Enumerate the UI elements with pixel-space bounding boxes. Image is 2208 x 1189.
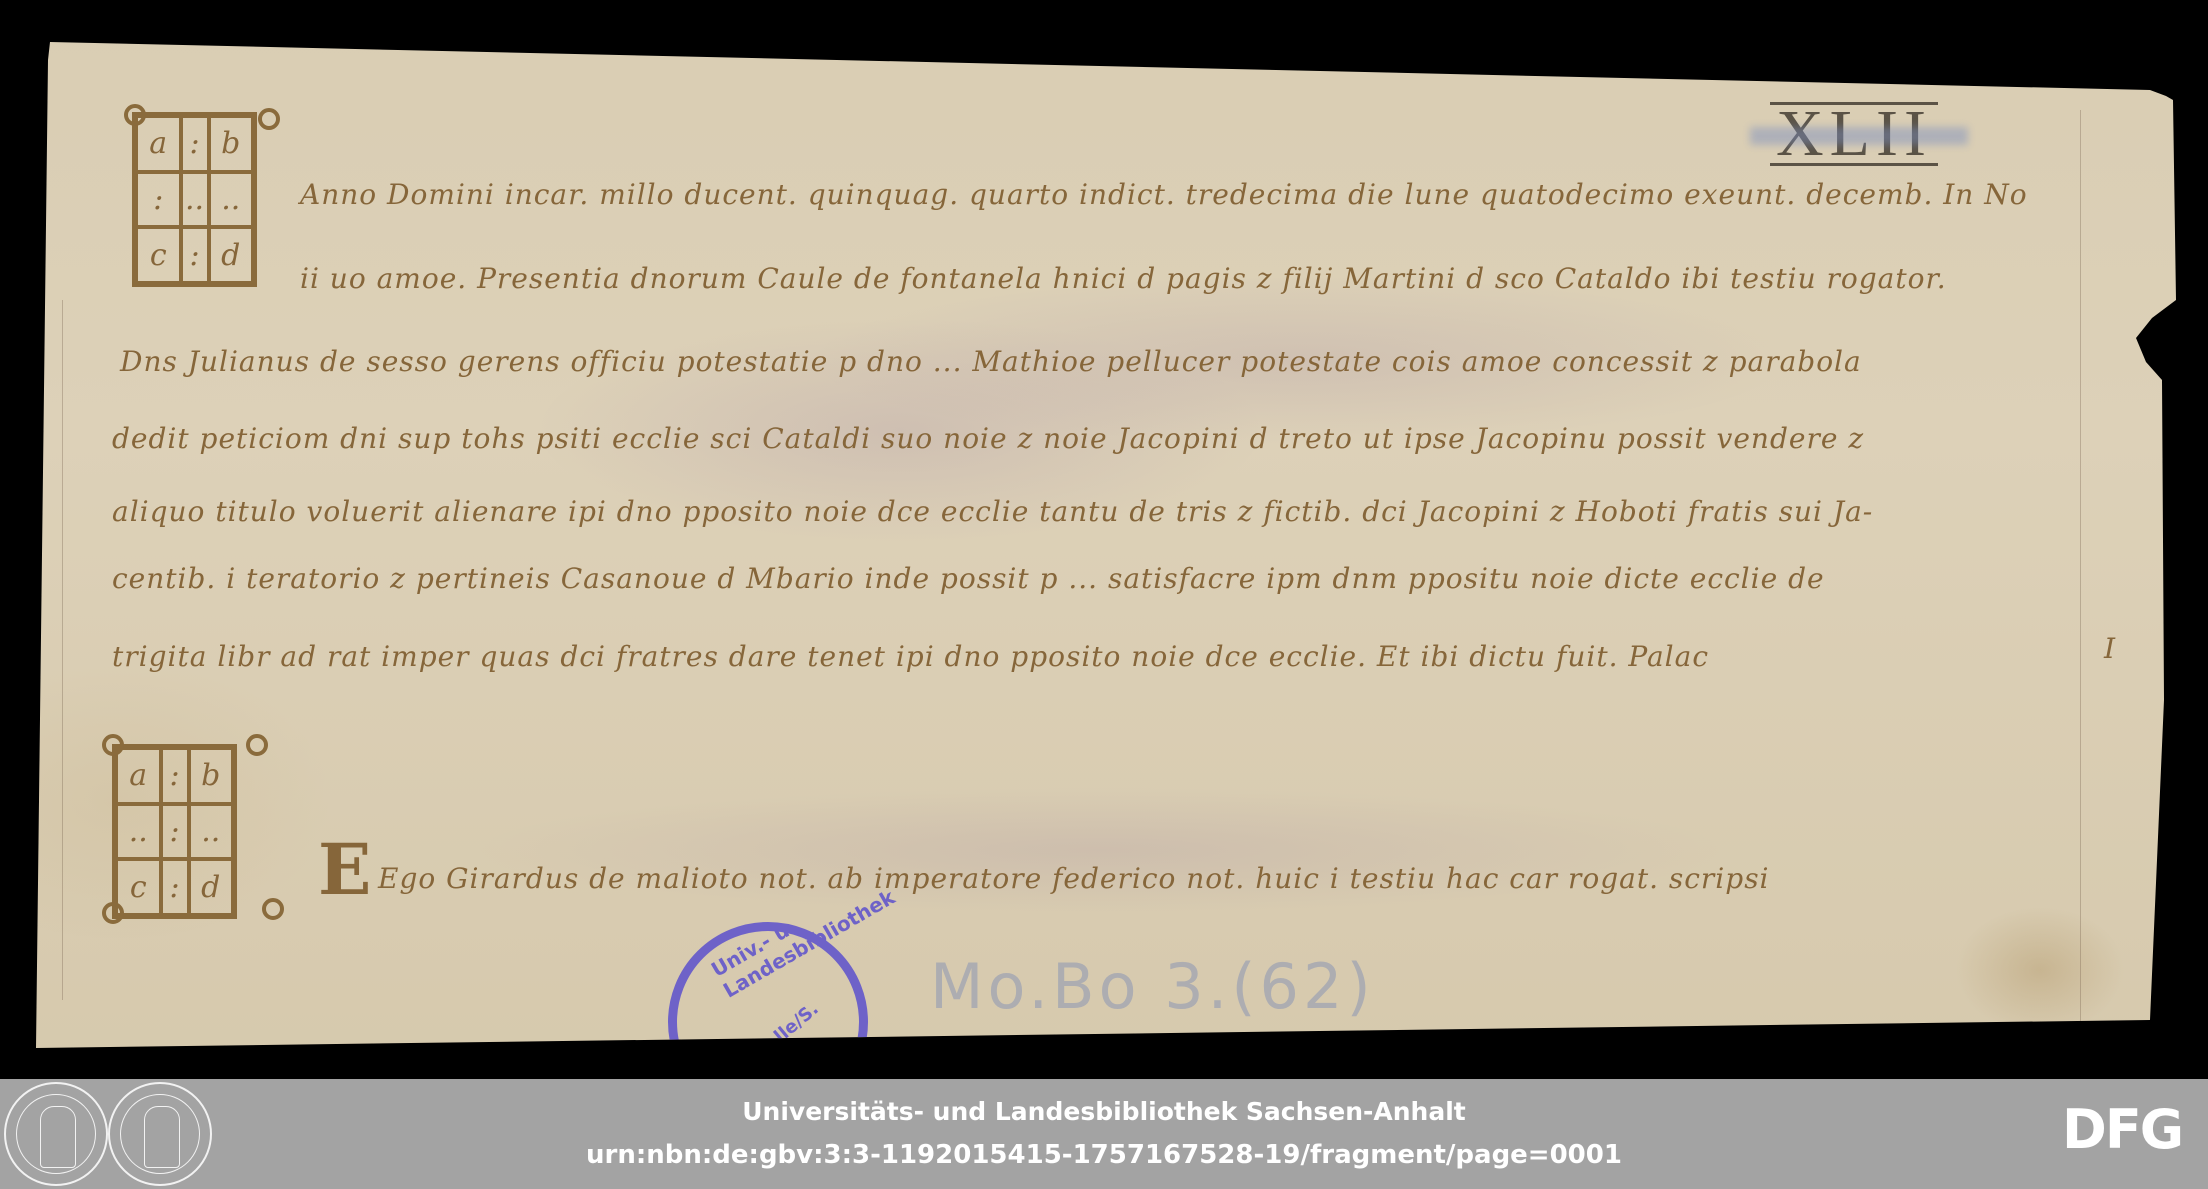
dfg-logo: DFG	[2062, 1105, 2182, 1155]
stamp-clip: Univ.- u. Landesbibliothek Halle/S.	[0, 0, 2208, 1048]
library-stamp: Univ.- u. Landesbibliothek Halle/S.	[668, 922, 868, 1048]
institution-name: Universitäts- und Landesbibliothek Sachs…	[0, 1097, 2208, 1126]
stamp-text: Univ.- u. Landesbibliothek	[707, 864, 899, 1003]
urn-identifier: urn:nbn:de:gbv:3:3-1192015415-1757167528…	[0, 1140, 2208, 1170]
footer-bar: Universitäts- und Landesbibliothek Sachs…	[0, 1079, 2208, 1189]
document-viewer: a : b : .. .. c : d a : b .. : .. c : d	[0, 0, 2208, 1079]
parchment-charter: a : b : .. .. c : d a : b .. : .. c : d	[0, 0, 2208, 1079]
stamp-city: Halle/S.	[749, 998, 822, 1048]
